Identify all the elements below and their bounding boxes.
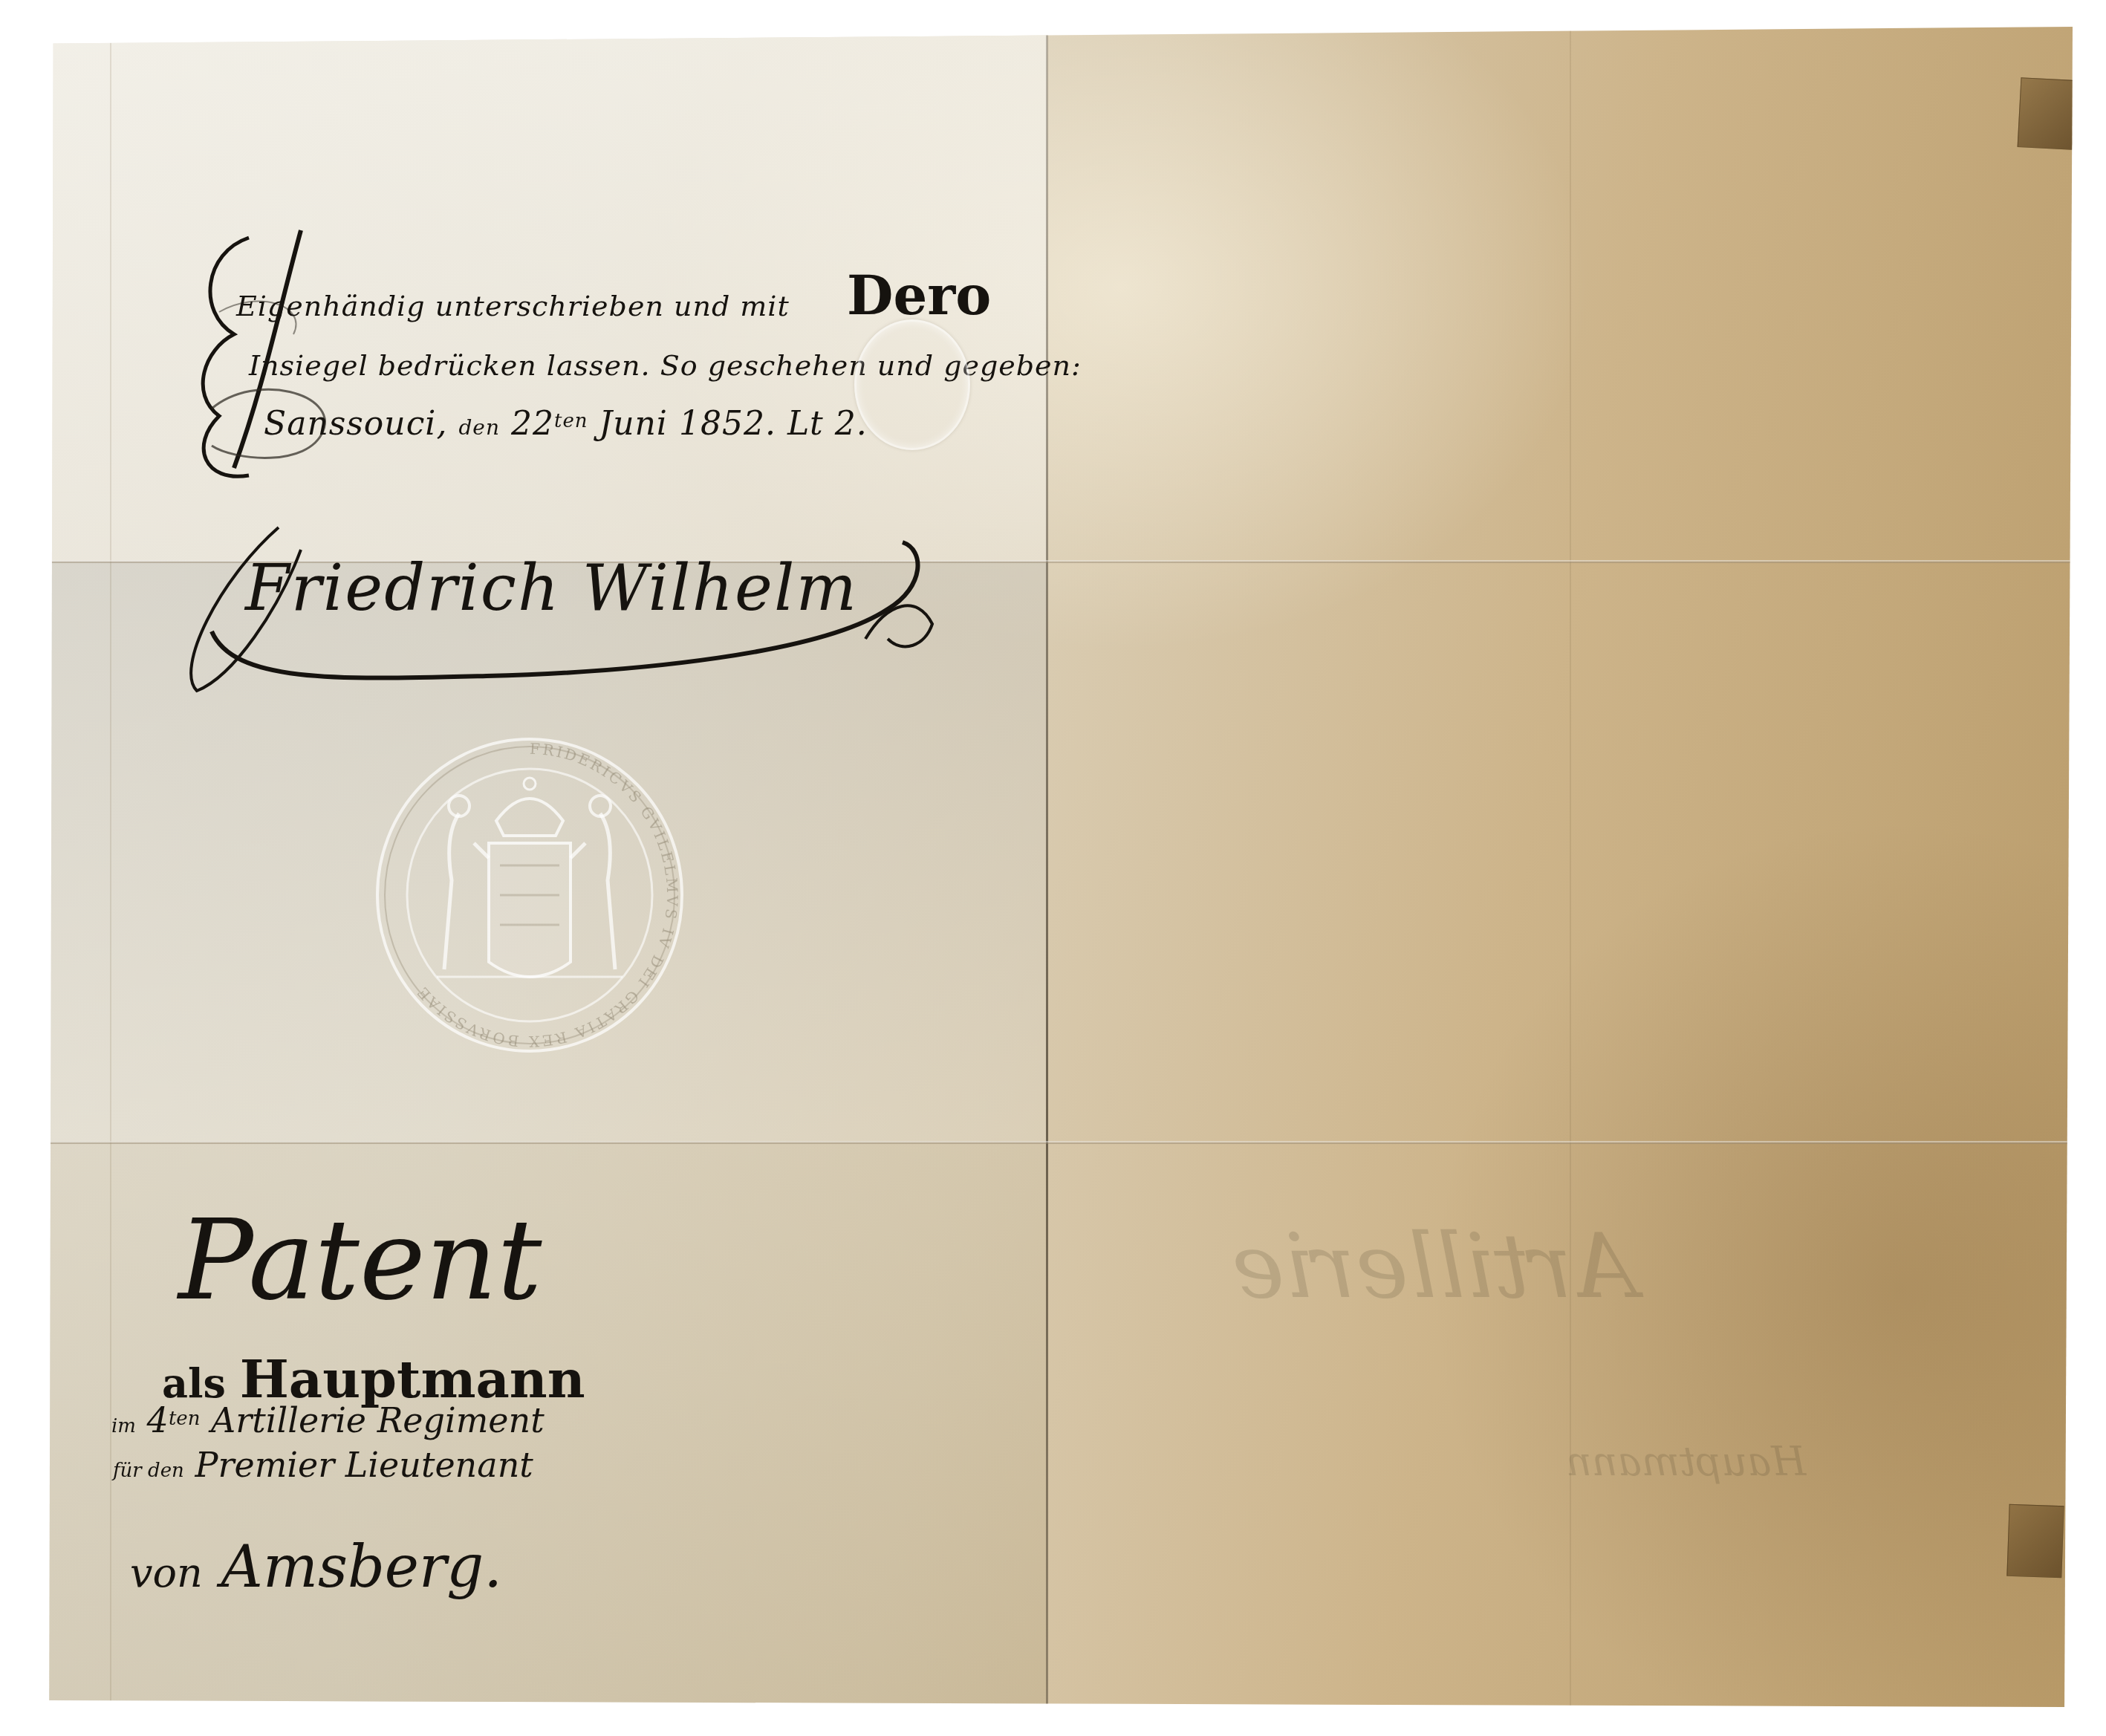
recipient-name: Amsberg. bbox=[221, 1534, 502, 1601]
regiment-line: im 4ten Artillerie Regiment bbox=[111, 1400, 545, 1440]
tape-bottom-right bbox=[2006, 1504, 2064, 1579]
royal-signature: Friedrich Wilhelm bbox=[245, 551, 858, 625]
date-day: 22 bbox=[511, 405, 554, 443]
tape-top-right bbox=[2018, 77, 2076, 150]
small-embossed-stamp-icon bbox=[854, 319, 970, 450]
annotation: Lt 2. bbox=[787, 405, 868, 443]
dero-word: Dero bbox=[847, 264, 991, 327]
recipient-name-line: von Amsberg. bbox=[130, 1534, 502, 1601]
horizontal-fold-lower bbox=[43, 1141, 2073, 1144]
regiment-number: 4 bbox=[147, 1400, 169, 1440]
vertical-fold bbox=[1046, 27, 1048, 1707]
fuer-prefix: für den bbox=[113, 1460, 184, 1482]
bleed-through-text: Artillerie bbox=[1232, 1215, 1637, 1319]
closing-formula-line-1: Eigenhändig unterschrieben und mit bbox=[236, 290, 790, 322]
date-month-year: Juni 1852. bbox=[599, 405, 776, 443]
bleed-through-text: Hauptmann bbox=[1566, 1438, 1806, 1485]
vertical-crease-left bbox=[110, 27, 111, 1707]
place-date-line: Sanssouci, den 22ten Juni 1852. Lt 2. bbox=[264, 405, 868, 443]
regiment-name: Artillerie Regiment bbox=[211, 1400, 545, 1440]
place: Sanssouci, bbox=[264, 405, 447, 443]
previous-rank: Premier Lieutenant bbox=[195, 1445, 533, 1485]
royal-seal-icon: FRIDERICVS GVILELMVS IV DEI GRATIA REX B… bbox=[370, 732, 689, 1059]
previous-rank-line: für den Premier Lieutenant bbox=[113, 1445, 533, 1485]
regiment-number-suffix: ten bbox=[169, 1408, 201, 1430]
von-word: von bbox=[130, 1550, 203, 1596]
date-prefix: den bbox=[458, 415, 500, 440]
date-day-suffix: ten bbox=[554, 410, 588, 432]
regiment-prefix: im bbox=[111, 1415, 136, 1437]
patent-title: Patent bbox=[178, 1196, 542, 1325]
